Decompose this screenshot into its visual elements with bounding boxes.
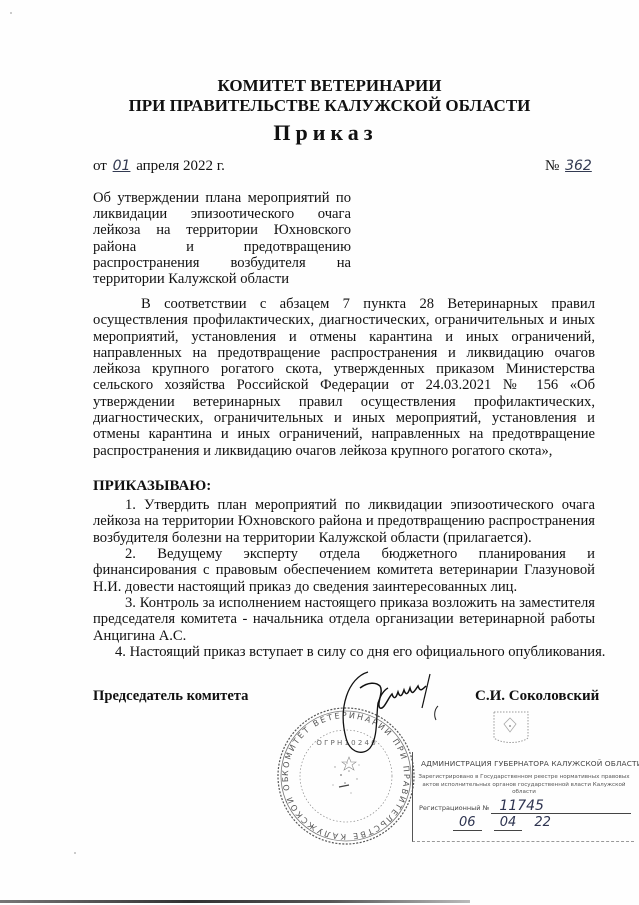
subject-line: распространения возбудителя на	[93, 255, 351, 271]
document-page: КОМИТЕТ ВЕТЕРИНАРИИ ПРИ ПРАВИТЕЛЬСТВЕ КА…	[0, 0, 639, 905]
subject-line: ликвидации эпизоотического очага	[93, 206, 351, 222]
registration-month-handwritten: 04	[494, 815, 523, 831]
signatory-name: С.И. Соколовский	[475, 688, 599, 705]
number-value-handwritten: 362	[563, 158, 594, 174]
subject-line: района и предотвращению	[93, 239, 351, 255]
emblem-stamp-icon	[488, 708, 533, 748]
order-item-4: 4. Настоящий приказ вступает в силу со д…	[93, 644, 603, 660]
document-number: № 362	[545, 158, 594, 175]
scan-edge-line	[0, 900, 470, 903]
registration-stamp-description: Зарегистрировано в Государственном реест…	[417, 774, 631, 797]
scan-speck	[10, 12, 12, 14]
registration-stamp: АДМИНИСТРАЦИЯ ГУБЕРНАТОРА КАЛУЖСКОЙ ОБЛА…	[412, 752, 634, 842]
number-prefix: №	[545, 158, 559, 174]
organization-name-line2: ПРИ ПРАВИТЕЛЬСТВЕ КАЛУЖСКОЙ ОБЛАСТИ	[10, 96, 639, 116]
date-prefix: от	[93, 158, 107, 174]
registration-number-label: Регистрационный №	[419, 804, 489, 812]
order-item-1: 1. Утвердить план мероприятий по ликвида…	[93, 497, 595, 546]
date-day-handwritten: 01	[111, 158, 133, 174]
order-item-3: 3. Контроль за исполнением настоящего пр…	[93, 595, 595, 644]
handwritten-signature-icon	[318, 668, 458, 758]
registration-date-row: 06 04 22	[453, 815, 551, 831]
subject-line: лейкоза на территории Юхновского	[93, 222, 351, 238]
registration-number-row: Регистрационный № 11745	[419, 800, 631, 814]
registration-stamp-title: АДМИНИСТРАЦИЯ ГУБЕРНАТОРА КАЛУЖСКОЙ ОБЛА…	[421, 759, 639, 768]
document-type-title: Приказ	[6, 120, 639, 146]
scan-speck	[74, 852, 76, 854]
subject-line: территории Калужской области	[93, 271, 351, 287]
preamble-paragraph: В соответствии с абзацем 7 пункта 28 Вет…	[93, 296, 595, 459]
order-heading: ПРИКАЗЫВАЮ:	[93, 478, 211, 495]
registration-day-handwritten: 06	[453, 815, 482, 831]
organization-name-line1: КОМИТЕТ ВЕТЕРИНАРИИ	[10, 76, 639, 96]
registration-year-handwritten: 22	[534, 815, 551, 830]
registration-number-handwritten: 11745	[491, 800, 631, 814]
subject-line: Об утверждении плана мероприятий по	[93, 190, 351, 206]
document-subject: Об утверждении плана мероприятий по ликв…	[93, 190, 351, 287]
date-rest: апреля 2022 г.	[136, 158, 225, 174]
document-date: от 01 апреля 2022 г.	[93, 158, 225, 175]
signatory-title: Председатель комитета	[93, 688, 248, 705]
order-item-2: 2. Ведущему эксперту отдела бюджетного п…	[93, 546, 595, 595]
